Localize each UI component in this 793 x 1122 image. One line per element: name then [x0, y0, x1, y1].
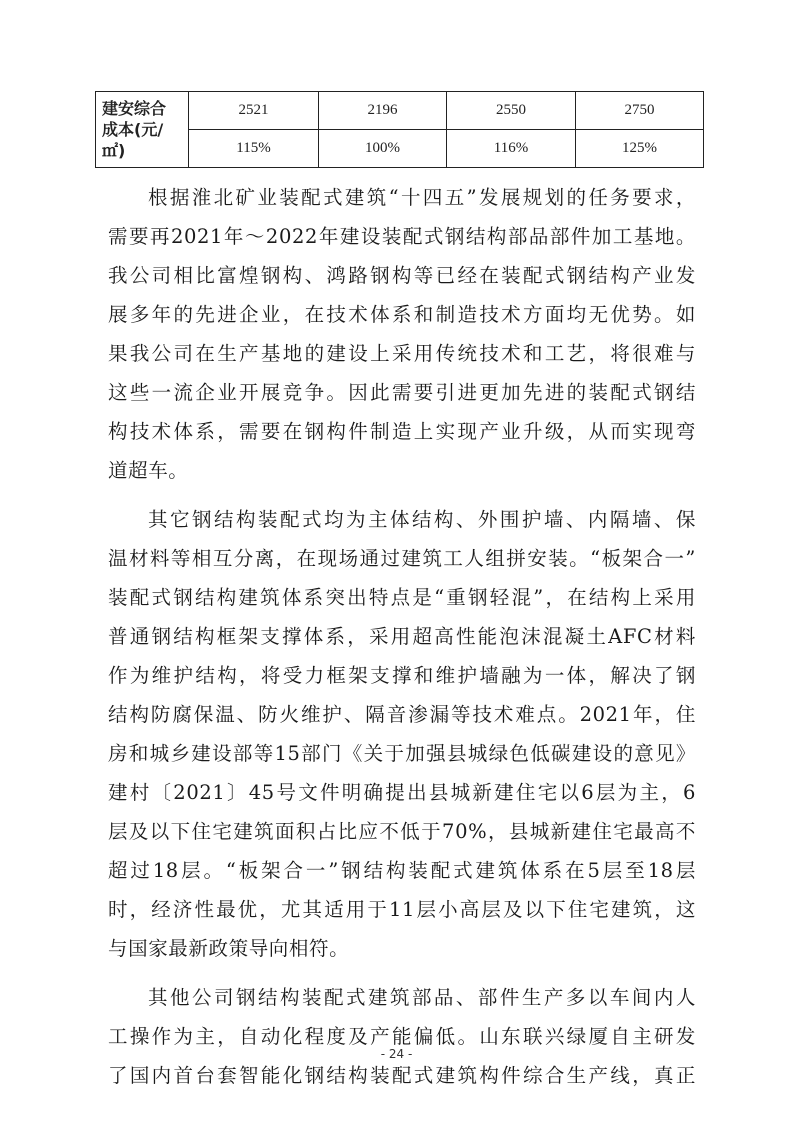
text-line: 了国内首台套智能化钢结构装配式建筑构件综合生产线，真正 — [108, 1056, 696, 1095]
text-line: 展多年的先进企业，在技术体系和制造技术方面均无优势。如 — [108, 295, 696, 334]
table-cell-value: 2750 — [576, 92, 704, 130]
cost-comparison-table: 建安综合 成本(元/ ㎡) 2521 2196 2550 2750 115% 1… — [95, 91, 704, 168]
paragraph: 根据淮北矿业装配式建筑“十四五”发展规划的任务要求， 需要再2021年～2022… — [108, 178, 696, 490]
table-cell-ratio: 100% — [319, 130, 447, 168]
body-text: 根据淮北矿业装配式建筑“十四五”发展规划的任务要求， 需要再2021年～2022… — [108, 178, 696, 1095]
text-line: 道超车。 — [108, 451, 696, 490]
text-line: 其他公司钢结构装配式建筑部品、部件生产多以车间内人 — [108, 978, 696, 1017]
table-cell-value: 2550 — [447, 92, 576, 130]
document-page: 建安综合 成本(元/ ㎡) 2521 2196 2550 2750 115% 1… — [0, 0, 793, 1122]
text-line: 我公司相比富煌钢构、鸿路钢构等已经在装配式钢结构产业发 — [108, 256, 696, 295]
text-line: 超过18层。“板架合一”钢结构装配式建筑体系在5层至18层 — [108, 851, 696, 890]
text-line: 建村〔2021〕45号文件明确提出县城新建住宅以6层为主，6 — [108, 773, 696, 812]
text-line: 构技术体系，需要在钢构件制造上实现产业升级，从而实现弯 — [108, 412, 696, 451]
table-row: 建安综合 成本(元/ ㎡) 2521 2196 2550 2750 — [96, 92, 704, 130]
text-line: 其它钢结构装配式均为主体结构、外围护墙、内隔墙、保 — [108, 500, 696, 539]
text-line: 需要再2021年～2022年建设装配式钢结构部品部件加工基地。 — [108, 217, 696, 256]
text-line: 温材料等相互分离，在现场通过建筑工人组拼安装。“板架合一” — [108, 539, 696, 578]
row-header-line: 成本(元/ — [102, 119, 184, 140]
text-line: 果我公司在生产基地的建设上采用传统技术和工艺，将很难与 — [108, 334, 696, 373]
text-line: 这些一流企业开展竞争。因此需要引进更加先进的装配式钢结 — [108, 373, 696, 412]
text-line: 层及以下住宅建筑面积占比应不低于70%，县城新建住宅最高不 — [108, 812, 696, 851]
row-header-cell: 建安综合 成本(元/ ㎡) — [96, 92, 189, 168]
text-line: 根据淮北矿业装配式建筑“十四五”发展规划的任务要求， — [108, 178, 696, 217]
table-cell-ratio: 125% — [576, 130, 704, 168]
text-line: 时，经济性最优，尤其适用于11层小高层及以下住宅建筑，这 — [108, 890, 696, 929]
text-line: 结构防腐保温、防火维护、隔音渗漏等技术难点。2021年，住 — [108, 695, 696, 734]
table-cell-value: 2196 — [319, 92, 447, 130]
row-header-line: 建安综合 — [102, 98, 184, 119]
text-line: 作为维护结构，将受力框架支撑和维护墙融为一体，解决了钢 — [108, 656, 696, 695]
text-line: 普通钢结构框架支撑体系，采用超高性能泡沫混凝土AFC材料 — [108, 617, 696, 656]
table-cell-value: 2521 — [189, 92, 319, 130]
row-header-line: ㎡) — [102, 140, 184, 161]
table-cell-ratio: 116% — [447, 130, 576, 168]
table-cell-ratio: 115% — [189, 130, 319, 168]
page-number: - 24 - — [0, 1047, 793, 1061]
text-line: 与国家最新政策导向相符。 — [108, 929, 696, 968]
text-line: 房和城乡建设部等15部门《关于加强县城绿色低碳建设的意见》 — [108, 734, 696, 773]
text-line: 装配式钢结构建筑体系突出特点是“重钢轻混”，在结构上采用 — [108, 578, 696, 617]
paragraph: 其他公司钢结构装配式建筑部品、部件生产多以车间内人 工操作为主，自动化程度及产能… — [108, 978, 696, 1095]
paragraph: 其它钢结构装配式均为主体结构、外围护墙、内隔墙、保 温材料等相互分离，在现场通过… — [108, 500, 696, 968]
